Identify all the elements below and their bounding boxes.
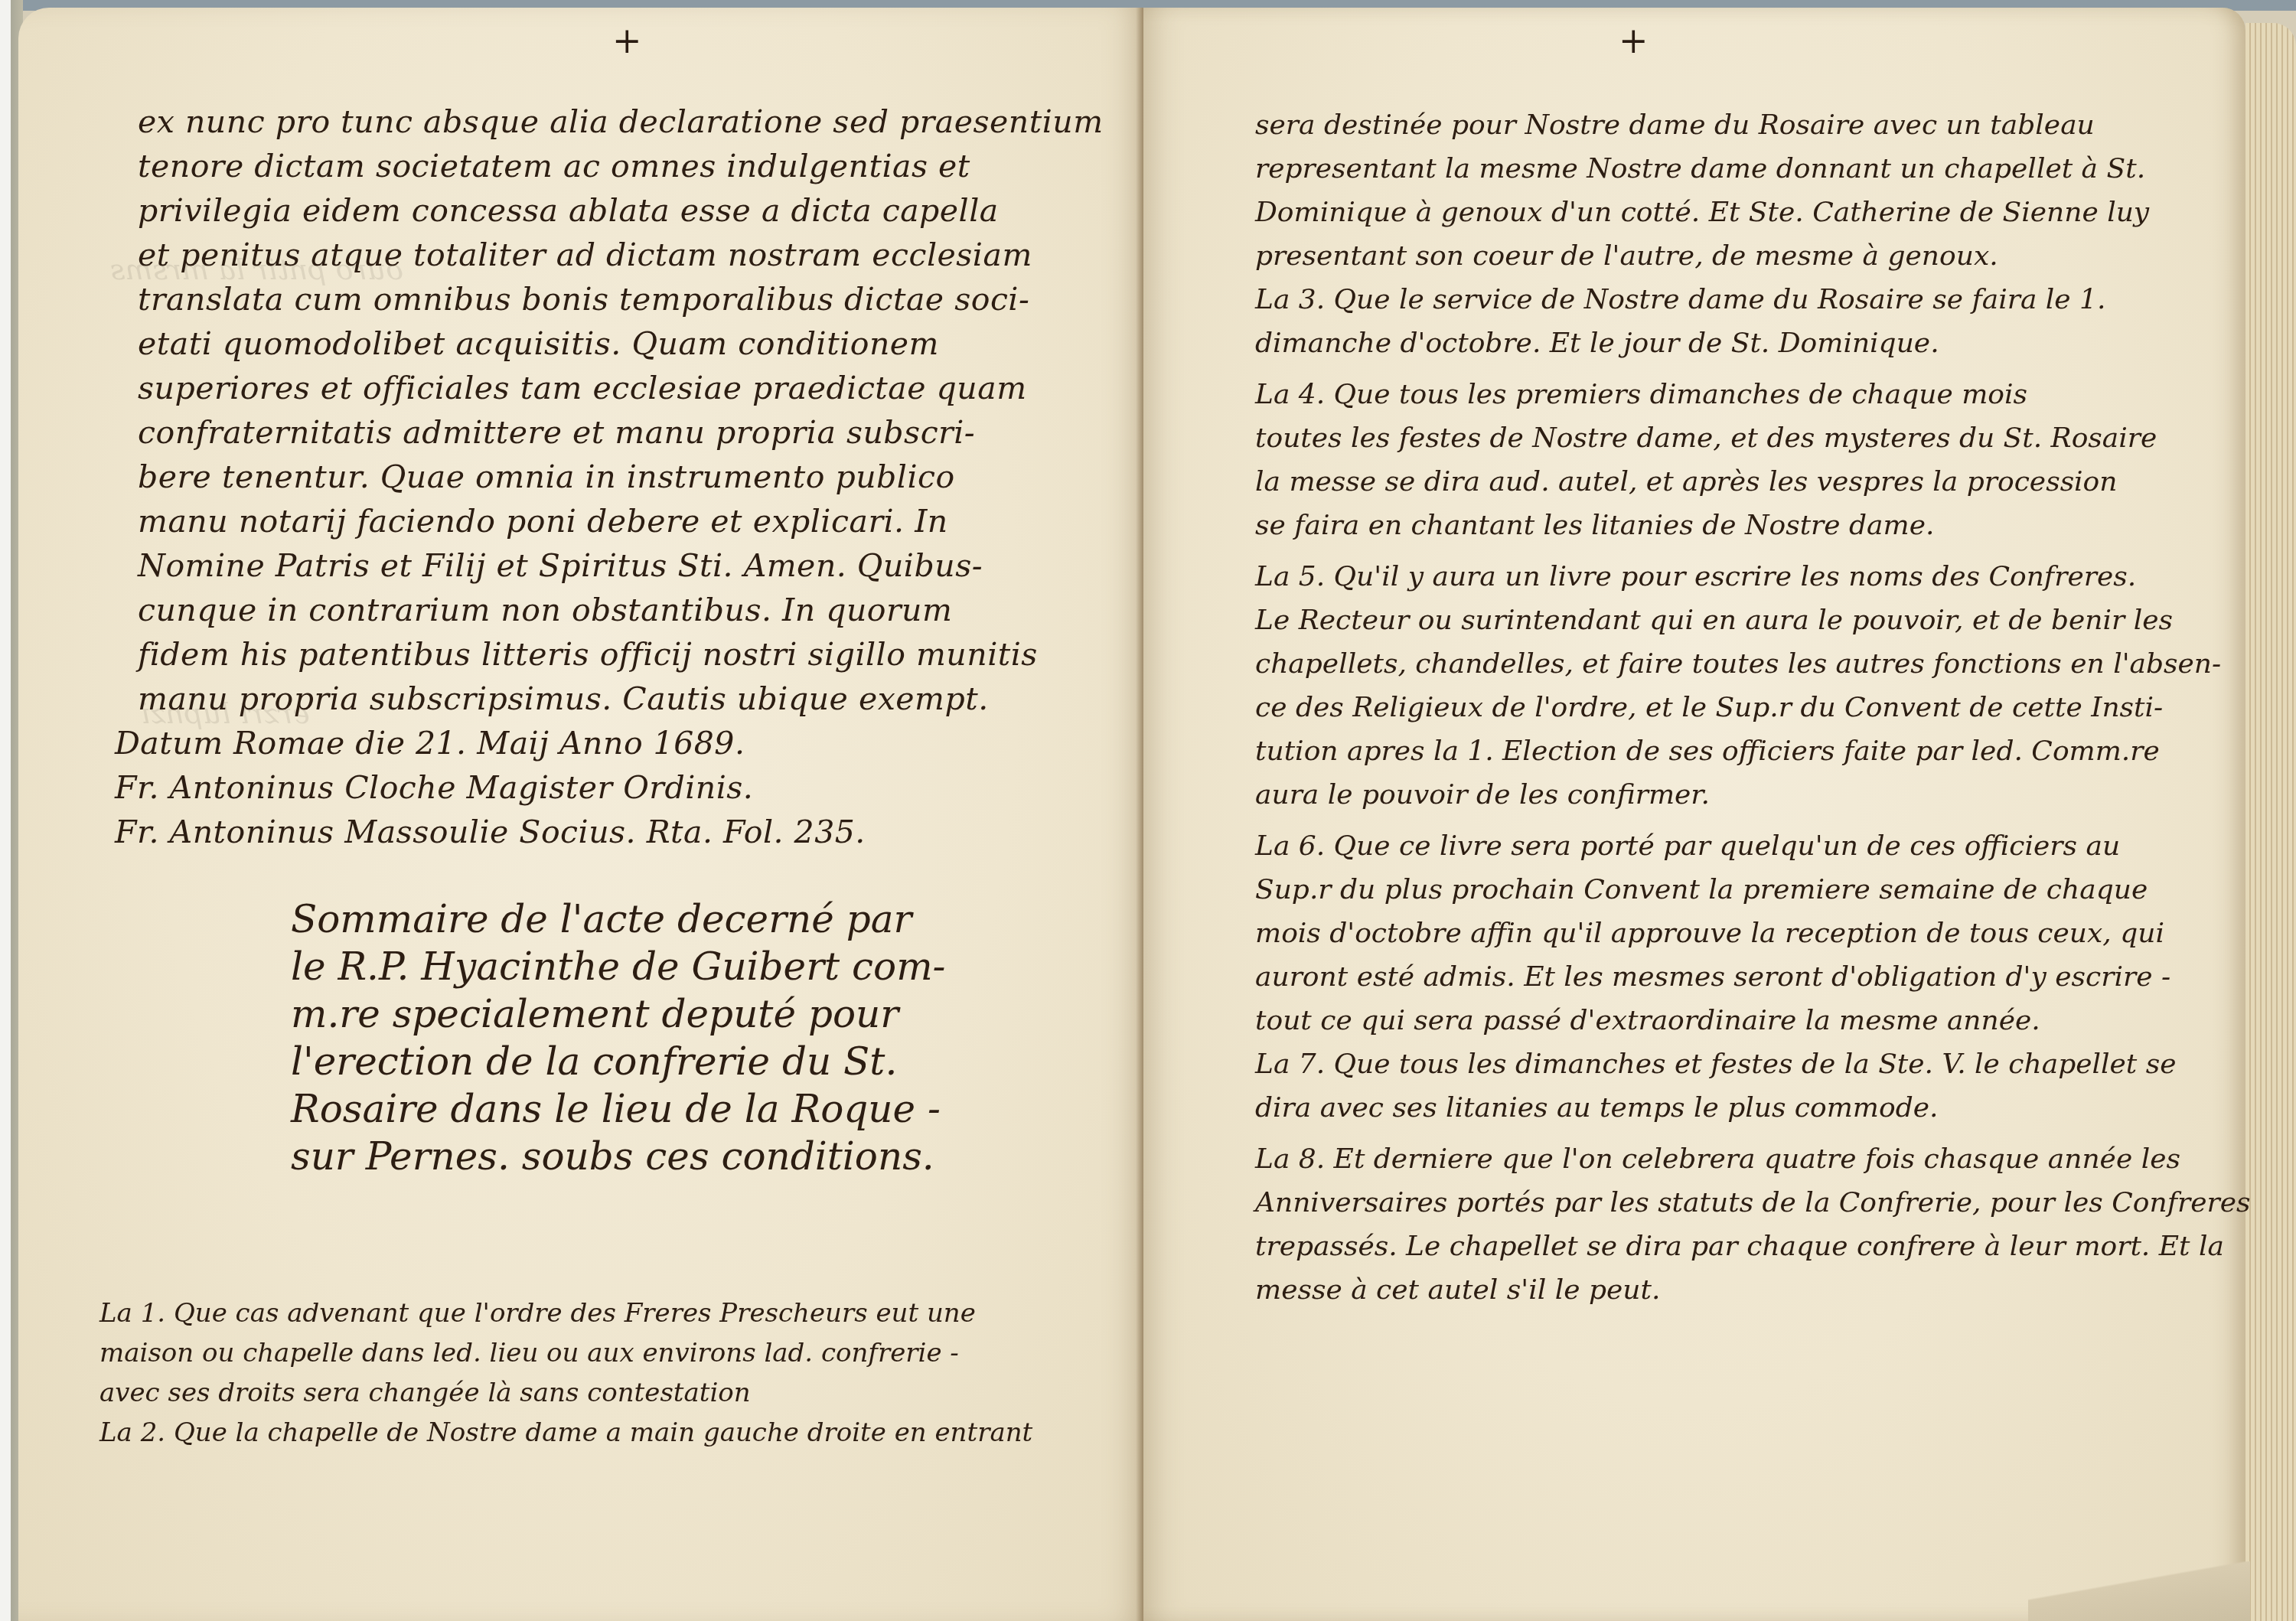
text-line: superiores et officiales tam ecclesiae p…	[138, 366, 1104, 410]
signature-line: Fr. Antoninus Massoulie Socius. Rta. Fol…	[115, 810, 1104, 854]
text-line: tout ce qui sera passé d'extraordinaire …	[1255, 999, 2250, 1042]
page-stack-edge	[2245, 23, 2296, 1621]
conditions-left: La 1. Que cas advenant que l'ordre des F…	[99, 1293, 1032, 1453]
condition-line: maison ou chapelle dans led. lieu ou aux…	[99, 1333, 1032, 1373]
condition-4-line: La 4. Que tous les premiers dimanches de…	[1255, 373, 2250, 416]
manuscript-book: ouro pntir la mrsms erzri lupnzi + + ex …	[0, 0, 2296, 1621]
text-line: Anniversaires portés par les statuts de …	[1255, 1181, 2250, 1225]
text-line: manu propria subscripsimus. Cautis ubiqu…	[138, 677, 1104, 721]
text-line: translata cum omnibus bonis temporalibus…	[138, 277, 1104, 321]
heading-line: m.re specialement deputé pour	[291, 990, 945, 1038]
french-conditions-text: sera destinée pour Nostre dame du Rosair…	[1255, 103, 2250, 1312]
text-line: et penitus atque totaliter ad dictam nos…	[138, 233, 1104, 277]
text-line: manu notarij faciendo poni debere et exp…	[138, 499, 1104, 543]
condition-8-line: La 8. Et derniere que l'on celebrera qua…	[1255, 1137, 2250, 1181]
text-line: Dominique à genoux d'un cotté. Et Ste. C…	[1255, 191, 2250, 234]
folio-cross-mark-left: +	[612, 20, 642, 61]
text-line: tenore dictam societatem ac omnes indulg…	[138, 144, 1104, 188]
summary-heading: Sommaire de l'acte decerné par le R.P. H…	[291, 895, 945, 1180]
heading-line: Sommaire de l'acte decerné par	[291, 895, 945, 943]
text-line: Sup.r du plus prochain Convent la premie…	[1255, 868, 2250, 912]
condition-7-line: La 7. Que tous les dimanches et festes d…	[1255, 1042, 2250, 1086]
condition-6-line: La 6. Que ce livre sera porté par quelqu…	[1255, 824, 2250, 868]
text-line: presentant son coeur de l'autre, de mesm…	[1255, 234, 2250, 278]
text-line: ex nunc pro tunc absque alia declaration…	[138, 99, 1104, 144]
signature-line: Fr. Antoninus Cloche Magister Ordinis.	[115, 765, 1104, 810]
text-line: chapellets, chandelles, et faire toutes …	[1255, 642, 2250, 686]
text-line: Le Recteur ou surintendant qui en aura l…	[1255, 598, 2250, 642]
heading-line: l'erection de la confrerie du St.	[291, 1038, 945, 1085]
text-line: etati quomodolibet acquisitis. Quam cond…	[138, 321, 1104, 366]
heading-line: sur Pernes. soubs ces conditions.	[291, 1133, 945, 1180]
text-line: tution apres la 1. Election de ses offic…	[1255, 729, 2250, 773]
text-line: toutes les festes de Nostre dame, et des…	[1255, 416, 2250, 460]
text-line: messe à cet autel s'il le peut.	[1255, 1268, 2250, 1312]
heading-line: Rosaire dans le lieu de la Roque -	[291, 1085, 945, 1133]
text-line: privilegia eidem concessa ablata esse a …	[138, 188, 1104, 233]
text-line: mois d'octobre affin qu'il approuve la r…	[1255, 912, 2250, 955]
text-line: cunque in contrarium non obstantibus. In…	[138, 588, 1104, 632]
condition-line: avec ses droits sera changée là sans con…	[99, 1373, 1032, 1413]
text-line: se faira en chantant les litanies de Nos…	[1255, 504, 2250, 547]
text-line: confraternitatis admittere et manu propr…	[138, 410, 1104, 455]
text-line: sera destinée pour Nostre dame du Rosair…	[1255, 103, 2250, 147]
text-line: trepassés. Le chapellet se dira par chaq…	[1255, 1225, 2250, 1268]
page-corner-fold	[2028, 1561, 2250, 1621]
condition-line: La 1. Que cas advenant que l'ordre des F…	[99, 1293, 1032, 1333]
text-line: bere tenentur. Quae omnia in instrumento…	[138, 455, 1104, 499]
text-line: fidem his patentibus litteris officij no…	[138, 632, 1104, 677]
text-line: dimanche d'octobre. Et le jour de St. Do…	[1255, 321, 2250, 365]
text-line: aura le pouvoir de les confirmer.	[1255, 773, 2250, 817]
folio-cross-mark-right: +	[1619, 20, 1649, 61]
text-line: dira avec ses litanies au temps le plus …	[1255, 1086, 2250, 1130]
text-line: auront esté admis. Et les mesmes seront …	[1255, 955, 2250, 999]
text-line: Nomine Patris et Filij et Spiritus Sti. …	[138, 543, 1104, 588]
condition-line: La 2. Que la chapelle de Nostre dame a m…	[99, 1413, 1032, 1453]
text-line: ce des Religieux de l'ordre, et le Sup.r…	[1255, 686, 2250, 729]
date-line: Datum Romae die 21. Maij Anno 1689.	[115, 721, 1104, 765]
heading-line: le R.P. Hyacinthe de Guibert com-	[291, 943, 945, 990]
text-line: la messe se dira aud. autel, et après le…	[1255, 460, 2250, 504]
condition-5-line: La 5. Qu'il y aura un livre pour escrire…	[1255, 555, 2250, 598]
text-line: representant la mesme Nostre dame donnan…	[1255, 147, 2250, 191]
latin-decree-text: ex nunc pro tunc absque alia declaration…	[138, 99, 1104, 854]
condition-3-line: La 3. Que le service de Nostre dame du R…	[1255, 278, 2250, 321]
